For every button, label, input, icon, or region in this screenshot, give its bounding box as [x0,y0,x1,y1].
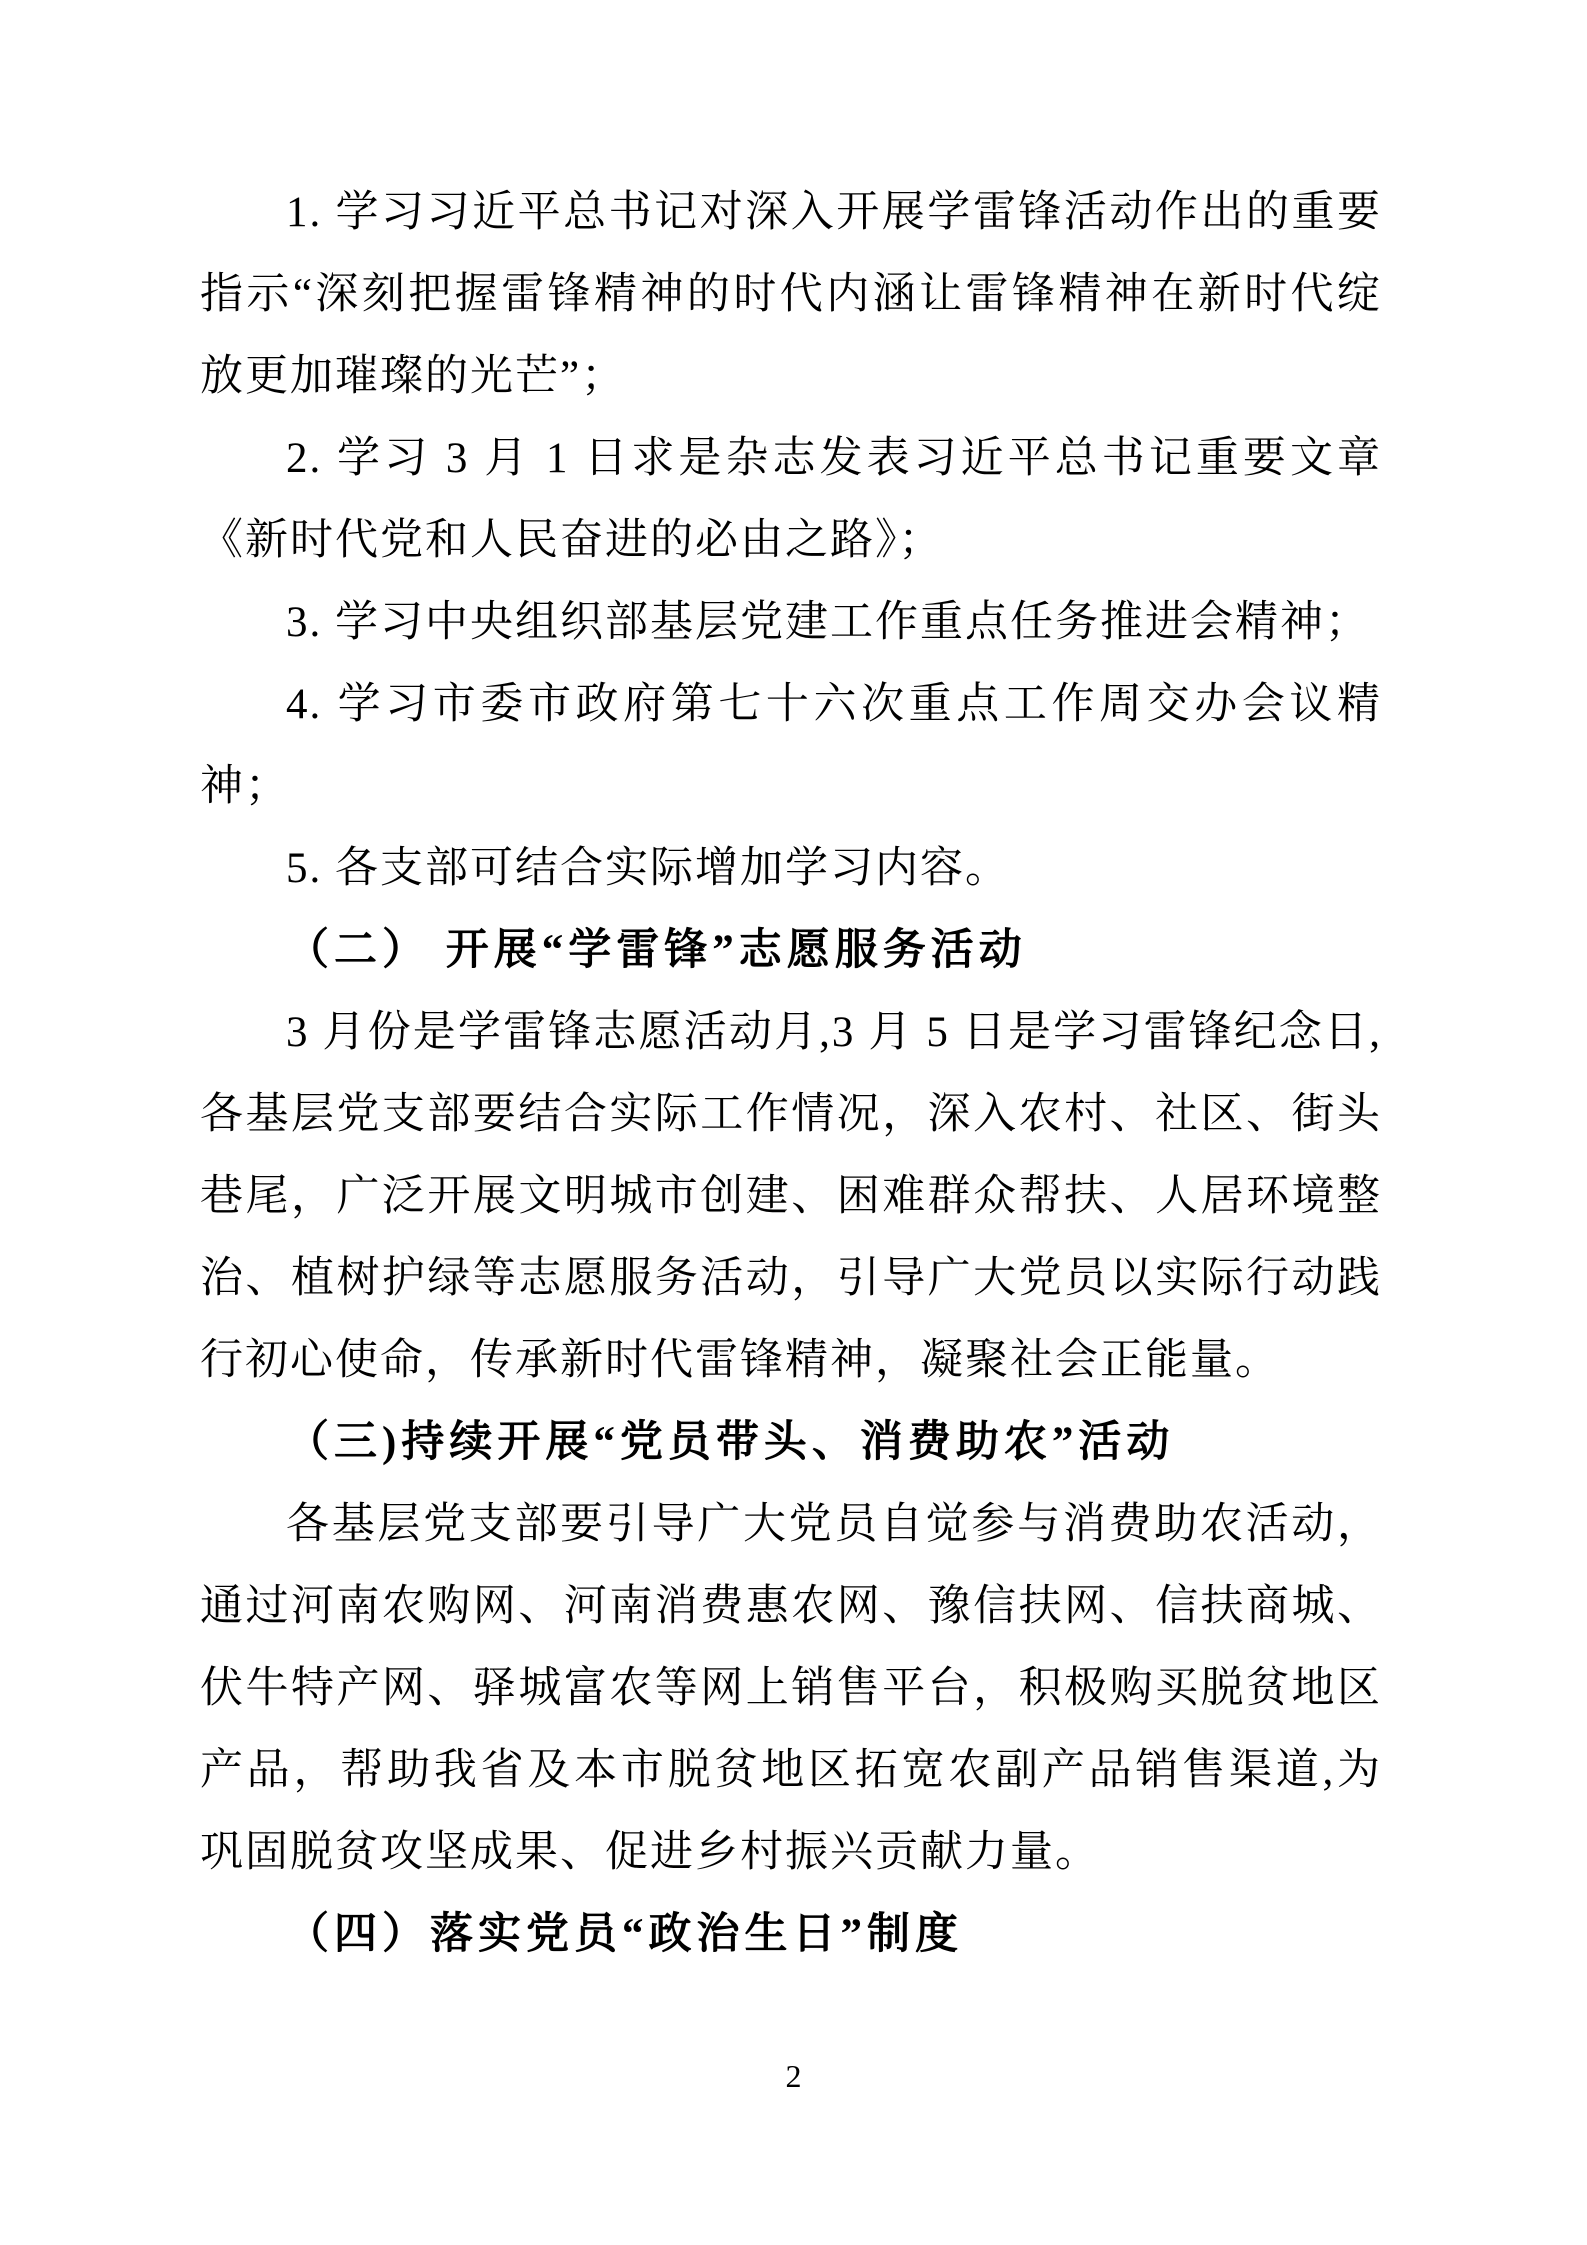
document-body: 1. 学习习近平总书记对深入开展学雷锋活动作出的重要指示“深刻把握雷锋精神的时代… [200,172,1382,1976]
study-item-1: 1. 学习习近平总书记对深入开展学雷锋活动作出的重要指示“深刻把握雷锋精神的时代… [200,172,1382,418]
section-3-paragraph: 各基层党支部要引导广大党员自觉参与消费助农活动，通过河南农购网、河南消费惠农网、… [200,1484,1382,1894]
study-item-4: 4. 学习市委市政府第七十六次重点工作周交办会议精神； [200,664,1382,828]
study-item-5: 5. 各支部可结合实际增加学习内容。 [200,828,1382,910]
section-heading-3: （三)持续开展“党员带头、消费助农”活动 [200,1402,1382,1484]
study-item-2: 2. 学习 3 月 1 日求是杂志发表习近平总书记重要文章《新时代党和人民奋进的… [200,418,1382,582]
section-heading-4: （四）落实党员“政治生日”制度 [200,1894,1382,1976]
page-number: 2 [0,2058,1587,2094]
document-page: 1. 学习习近平总书记对深入开展学雷锋活动作出的重要指示“深刻把握雷锋精神的时代… [0,0,1587,2245]
section-heading-2: （二） 开展“学雷锋”志愿服务活动 [200,910,1382,992]
study-item-3: 3. 学习中央组织部基层党建工作重点任务推进会精神； [200,582,1382,664]
section-2-paragraph: 3 月份是学雷锋志愿活动月,3 月 5 日是学习雷锋纪念日,各基层党支部要结合实… [200,992,1382,1402]
